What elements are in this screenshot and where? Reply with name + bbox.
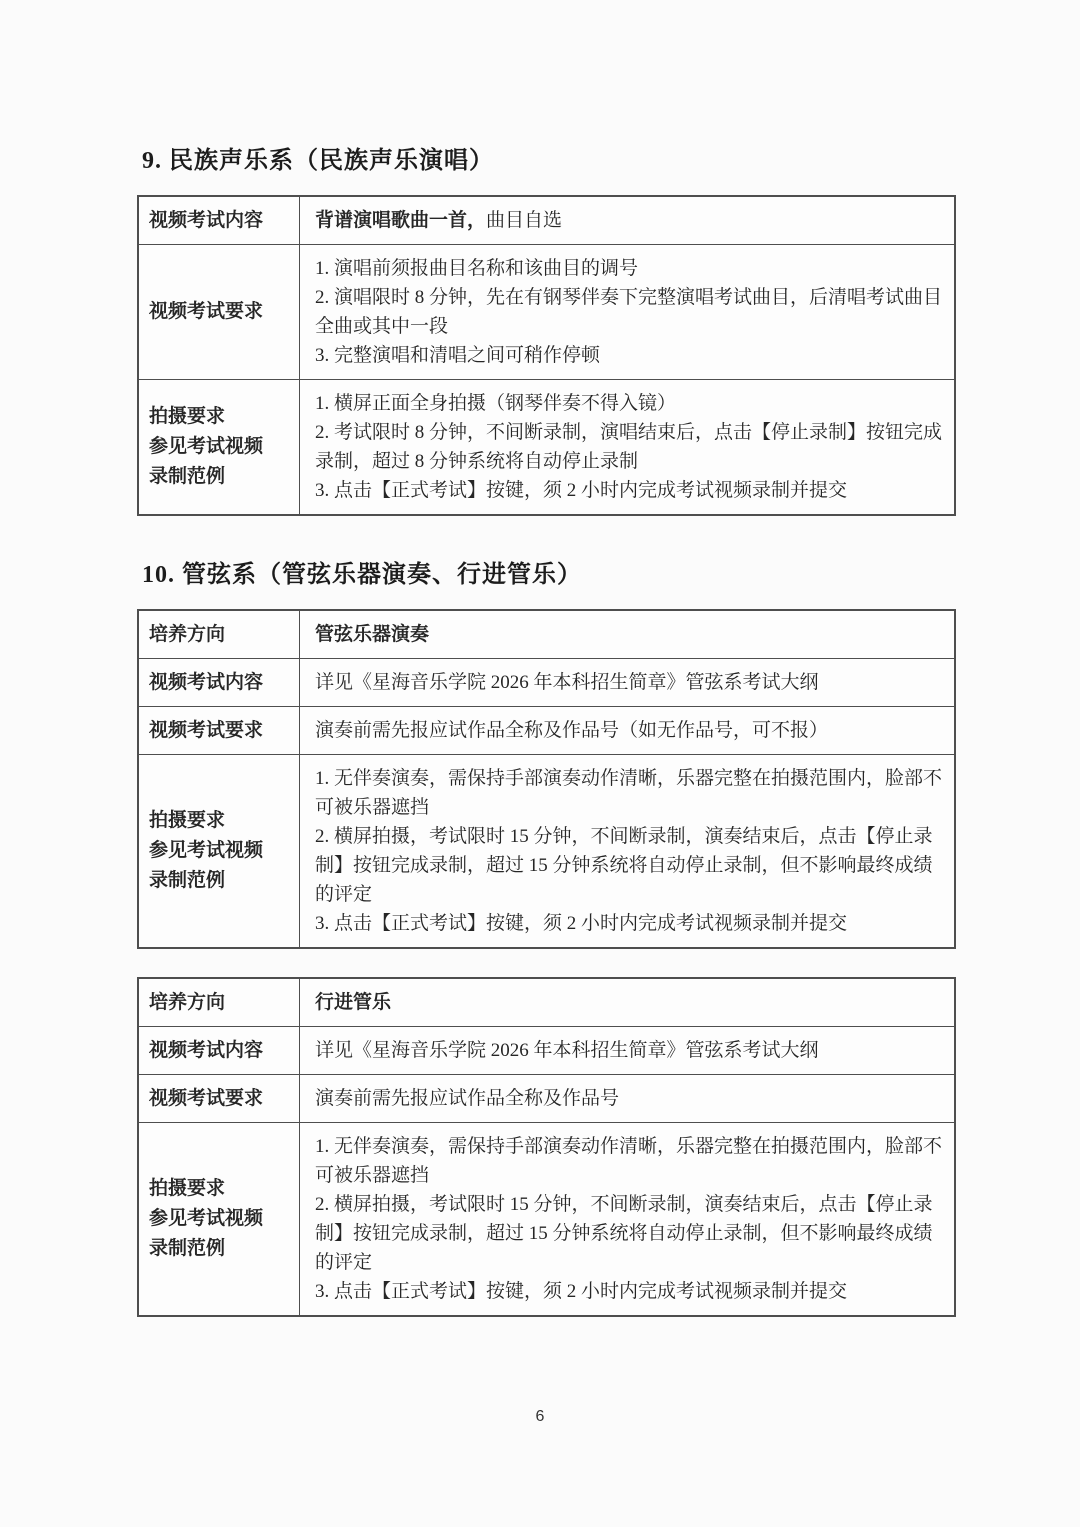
table-row: 视频考试要求 演奏前需先报应试作品全称及作品号 xyxy=(138,1075,955,1123)
content-line: 管弦乐器演奏 xyxy=(315,620,942,649)
content-bold-text: 管弦乐器演奏 xyxy=(315,624,429,645)
content-text: 2. 考试限时 8 分钟，不间断录制，演唱结束后，点击【停止录制】按钮完成录制，… xyxy=(315,422,942,472)
page-number: 6 xyxy=(0,1408,1080,1426)
row-label: 视频考试内容 xyxy=(149,1036,295,1066)
content-text: 3. 点击【正式考试】按键，须 2 小时内完成考试视频录制并提交 xyxy=(315,480,847,501)
row-content-cell: 1. 无伴奏演奏，需保持手部演奏动作清晰，乐器完整在拍摄范围内，脸部不可被乐器遮… xyxy=(300,1123,956,1317)
content-text: 2. 演唱限时 8 分钟，先在有钢琴伴奏下完整演唱考试曲目，后清唱考试曲目全曲或… xyxy=(315,287,942,337)
content-text: 1. 无伴奏演奏，需保持手部演奏动作清晰，乐器完整在拍摄范围内，脸部不可被乐器遮… xyxy=(315,768,942,818)
row-label: 录制范例 xyxy=(149,462,295,492)
content-text: 1. 无伴奏演奏，需保持手部演奏动作清晰，乐器完整在拍摄范围内，脸部不可被乐器遮… xyxy=(315,1136,942,1186)
content-text: 3. 完整演唱和清唱之间可稍作停顿 xyxy=(315,345,600,366)
row-label: 视频考试要求 xyxy=(149,297,295,327)
row-label: 录制范例 xyxy=(149,866,295,896)
row-header-cell: 拍摄要求 参见考试视频 录制范例 xyxy=(138,755,300,949)
row-header-cell: 视频考试内容 xyxy=(138,1027,300,1075)
content-bold-text: 行进管乐 xyxy=(315,992,391,1013)
content-line: 演奏前需先报应试作品全称及作品号（如无作品号，可不报） xyxy=(315,716,942,745)
table-gap xyxy=(137,949,956,977)
row-header-cell: 拍摄要求 参见考试视频 录制范例 xyxy=(138,380,300,516)
row-label: 视频考试要求 xyxy=(149,1084,295,1114)
row-content-cell: 演奏前需先报应试作品全称及作品号 xyxy=(300,1075,956,1123)
orchestra-instrument-table: 培养方向 管弦乐器演奏 视频考试内容 详见《星海音乐学院 2026 年本科招生简… xyxy=(137,609,956,949)
table-row: 视频考试内容 详见《星海音乐学院 2026 年本科招生简章》管弦系考试大纲 xyxy=(138,1027,955,1075)
row-label: 视频考试要求 xyxy=(149,716,295,746)
row-content-cell: 管弦乐器演奏 xyxy=(300,610,956,659)
row-content-cell: 1. 无伴奏演奏，需保持手部演奏动作清晰，乐器完整在拍摄范围内，脸部不可被乐器遮… xyxy=(300,755,956,949)
content-line: 1. 横屏正面全身拍摄（钢琴伴奏不得入镜） xyxy=(315,389,942,418)
content-text: 演奏前需先报应试作品全称及作品号 xyxy=(315,1088,619,1109)
content-line: 3. 点击【正式考试】按键，须 2 小时内完成考试视频录制并提交 xyxy=(315,1277,942,1306)
row-label: 拍摄要求 xyxy=(149,1174,295,1204)
row-header-cell: 视频考试内容 xyxy=(138,196,300,245)
content-line: 1. 无伴奏演奏，需保持手部演奏动作清晰，乐器完整在拍摄范围内，脸部不可被乐器遮… xyxy=(315,1132,942,1190)
row-header-cell: 视频考试内容 xyxy=(138,659,300,707)
row-label: 视频考试内容 xyxy=(149,668,295,698)
row-content-cell: 演奏前需先报应试作品全称及作品号（如无作品号，可不报） xyxy=(300,707,956,755)
row-content-cell: 详见《星海音乐学院 2026 年本科招生简章》管弦系考试大纲 xyxy=(300,1027,956,1075)
row-label: 培养方向 xyxy=(149,620,295,650)
row-label: 参见考试视频 xyxy=(149,1204,295,1234)
table-row: 拍摄要求 参见考试视频 录制范例 1. 横屏正面全身拍摄（钢琴伴奏不得入镜） 2… xyxy=(138,380,955,516)
table-row: 视频考试要求 1. 演唱前须报曲目名称和该曲目的调号 2. 演唱限时 8 分钟，… xyxy=(138,245,955,380)
table-row: 培养方向 行进管乐 xyxy=(138,978,955,1027)
row-content-cell: 详见《星海音乐学院 2026 年本科招生简章》管弦系考试大纲 xyxy=(300,659,956,707)
row-content-cell: 背谱演唱歌曲一首，曲目自选 xyxy=(300,196,956,245)
vocal-exam-table: 视频考试内容 背谱演唱歌曲一首，曲目自选 视频考试要求 1. 演唱前须报曲目名称… xyxy=(137,195,956,516)
content-line: 详见《星海音乐学院 2026 年本科招生简章》管弦系考试大纲 xyxy=(315,668,942,697)
content-text: 3. 点击【正式考试】按键，须 2 小时内完成考试视频录制并提交 xyxy=(315,913,847,934)
table-row: 培养方向 管弦乐器演奏 xyxy=(138,610,955,659)
content-line: 背谱演唱歌曲一首，曲目自选 xyxy=(315,206,942,235)
content-line: 行进管乐 xyxy=(315,988,942,1017)
content-line: 1. 无伴奏演奏，需保持手部演奏动作清晰，乐器完整在拍摄范围内，脸部不可被乐器遮… xyxy=(315,764,942,822)
row-header-cell: 视频考试要求 xyxy=(138,245,300,380)
row-header-cell: 视频考试要求 xyxy=(138,1075,300,1123)
content-line: 2. 横屏拍摄，考试限时 15 分钟，不间断录制，演奏结束后，点击【停止录制】按… xyxy=(315,1190,942,1277)
table-row: 视频考试内容 详见《星海音乐学院 2026 年本科招生简章》管弦系考试大纲 xyxy=(138,659,955,707)
row-content-cell: 行进管乐 xyxy=(300,978,956,1027)
content-text: 1. 演唱前须报曲目名称和该曲目的调号 xyxy=(315,258,638,279)
content-line: 详见《星海音乐学院 2026 年本科招生简章》管弦系考试大纲 xyxy=(315,1036,942,1065)
content-text: 3. 点击【正式考试】按键，须 2 小时内完成考试视频录制并提交 xyxy=(315,1281,847,1302)
marching-band-table: 培养方向 行进管乐 视频考试内容 详见《星海音乐学院 2026 年本科招生简章》… xyxy=(137,977,956,1317)
content-text: 详见《星海音乐学院 2026 年本科招生简章》管弦系考试大纲 xyxy=(315,1040,819,1061)
content-text: 曲目自选 xyxy=(486,210,562,231)
row-label: 参见考试视频 xyxy=(149,836,295,866)
table-row: 拍摄要求 参见考试视频 录制范例 1. 无伴奏演奏，需保持手部演奏动作清晰，乐器… xyxy=(138,1123,955,1317)
content-line: 演奏前需先报应试作品全称及作品号 xyxy=(315,1084,942,1113)
row-content-cell: 1. 演唱前须报曲目名称和该曲目的调号 2. 演唱限时 8 分钟，先在有钢琴伴奏… xyxy=(300,245,956,380)
content-text: 2. 横屏拍摄，考试限时 15 分钟，不间断录制，演奏结束后，点击【停止录制】按… xyxy=(315,826,933,905)
row-label: 拍摄要求 xyxy=(149,402,295,432)
content-text: 1. 横屏正面全身拍摄（钢琴伴奏不得入镜） xyxy=(315,393,676,414)
content-text: 演奏前需先报应试作品全称及作品号（如无作品号，可不报） xyxy=(315,720,828,741)
content-text: 详见《星海音乐学院 2026 年本科招生简章》管弦系考试大纲 xyxy=(315,672,819,693)
content-text: 2. 横屏拍摄，考试限时 15 分钟，不间断录制，演奏结束后，点击【停止录制】按… xyxy=(315,1194,933,1273)
row-label: 拍摄要求 xyxy=(149,806,295,836)
content-line: 3. 点击【正式考试】按键，须 2 小时内完成考试视频录制并提交 xyxy=(315,909,942,938)
content-line: 3. 点击【正式考试】按键，须 2 小时内完成考试视频录制并提交 xyxy=(315,476,942,505)
section-title-vocal: 9. 民族声乐系（民族声乐演唱） xyxy=(137,140,956,175)
row-header-cell: 培养方向 xyxy=(138,978,300,1027)
table-row: 视频考试内容 背谱演唱歌曲一首，曲目自选 xyxy=(138,196,955,245)
table-row: 拍摄要求 参见考试视频 录制范例 1. 无伴奏演奏，需保持手部演奏动作清晰，乐器… xyxy=(138,755,955,949)
table-row: 视频考试要求 演奏前需先报应试作品全称及作品号（如无作品号，可不报） xyxy=(138,707,955,755)
content-bold-text: 背谱演唱歌曲一首， xyxy=(315,210,486,231)
content-line: 2. 考试限时 8 分钟，不间断录制，演唱结束后，点击【停止录制】按钮完成录制，… xyxy=(315,418,942,476)
row-content-cell: 1. 横屏正面全身拍摄（钢琴伴奏不得入镜） 2. 考试限时 8 分钟，不间断录制… xyxy=(300,380,956,516)
section-title-orchestra: 10. 管弦系（管弦乐器演奏、行进管乐） xyxy=(137,554,956,589)
page-content: 9. 民族声乐系（民族声乐演唱） 视频考试内容 背谱演唱歌曲一首，曲目自选 视频… xyxy=(137,0,956,1317)
row-header-cell: 视频考试要求 xyxy=(138,707,300,755)
content-line: 1. 演唱前须报曲目名称和该曲目的调号 xyxy=(315,254,942,283)
content-line: 2. 横屏拍摄，考试限时 15 分钟，不间断录制，演奏结束后，点击【停止录制】按… xyxy=(315,822,942,909)
row-label: 培养方向 xyxy=(149,988,295,1018)
content-line: 2. 演唱限时 8 分钟，先在有钢琴伴奏下完整演唱考试曲目，后清唱考试曲目全曲或… xyxy=(315,283,942,341)
row-label: 录制范例 xyxy=(149,1234,295,1264)
content-line: 3. 完整演唱和清唱之间可稍作停顿 xyxy=(315,341,942,370)
row-header-cell: 拍摄要求 参见考试视频 录制范例 xyxy=(138,1123,300,1317)
row-label: 视频考试内容 xyxy=(149,206,295,236)
row-header-cell: 培养方向 xyxy=(138,610,300,659)
row-label: 参见考试视频 xyxy=(149,432,295,462)
